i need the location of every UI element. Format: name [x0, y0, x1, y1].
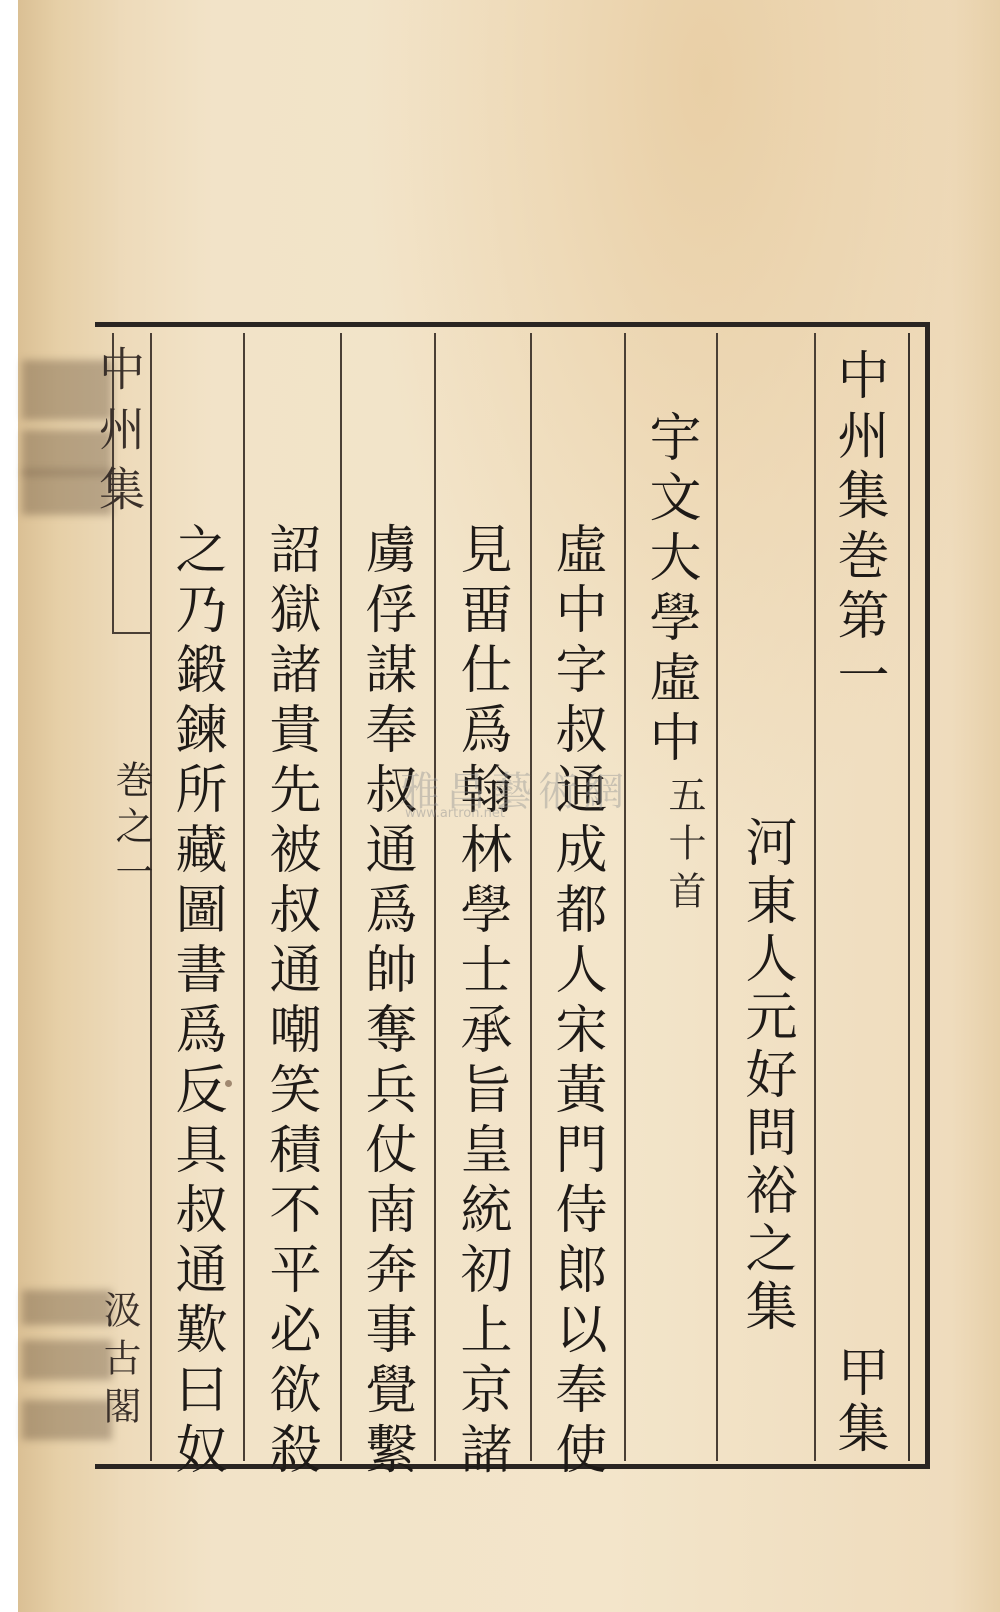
spine-volume: 巻之一	[112, 760, 150, 898]
column-rule	[243, 333, 245, 1461]
column-rule	[340, 333, 342, 1461]
column-rule	[530, 333, 532, 1461]
paper-spot	[225, 1080, 232, 1087]
spine-publisher: 汲古閣	[100, 1290, 138, 1434]
book-title: 中州集巻第一	[832, 348, 884, 708]
inner-border-line	[908, 333, 910, 1461]
spine-title: 中州集	[96, 345, 142, 525]
text-column-1: 虛中字叔通成都人宋黃門侍郎以奉使	[550, 522, 602, 1482]
edition-label: 甲集	[832, 1345, 884, 1457]
column-rule	[624, 333, 626, 1461]
column-rule	[716, 333, 718, 1461]
text-column-3: 虜俘謀奉叔通爲帥奪兵仗南奔事覺繫	[360, 522, 412, 1482]
column-rule	[434, 333, 436, 1461]
author-line: 河東人元好問裕之集	[740, 815, 792, 1337]
fish-tail-mark	[112, 632, 150, 634]
watermark-url: www.artron.net	[405, 806, 505, 821]
text-column-4: 詔獄諸貴先被叔通嘲笑積不平必欲殺	[264, 522, 316, 1482]
column-rule	[814, 333, 816, 1461]
section-count-note: 五十首	[665, 775, 703, 919]
section-heading: 宇文大學虛中	[644, 410, 696, 770]
text-column-2: 見畱仕爲翰林學士承旨皇統初上京諸	[455, 522, 507, 1482]
text-column-5: 之乃鍛鍊所藏圖書爲反具叔通歎曰奴	[170, 522, 222, 1482]
